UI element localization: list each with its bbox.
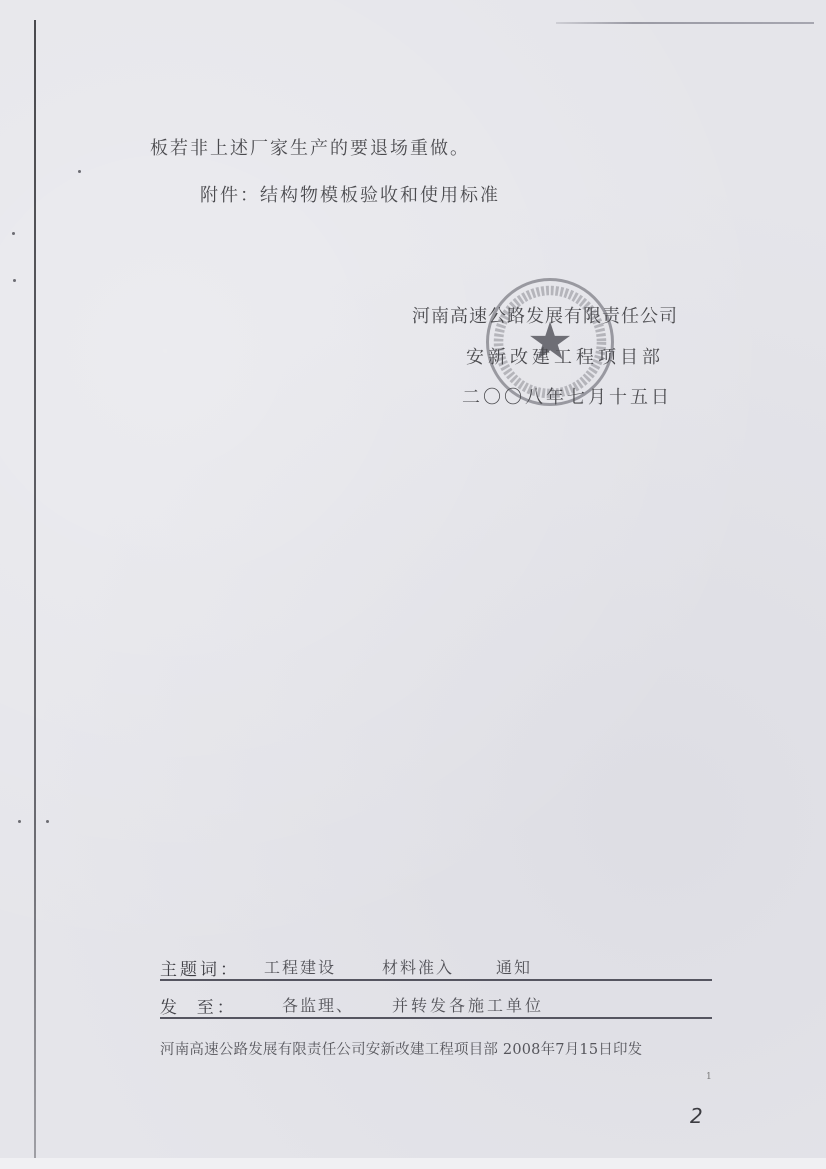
recipient: 并转发各施工单位 xyxy=(392,993,544,1016)
recipient: 各监理、 xyxy=(282,993,354,1016)
page-bottom-edge xyxy=(0,1158,826,1169)
scan-speck xyxy=(46,820,49,823)
scan-speck xyxy=(12,232,15,235)
attachment-line: 附件：结构物模板验收和使用标准 xyxy=(200,181,500,207)
binding-margin-line xyxy=(34,20,36,1165)
page-number: 2 xyxy=(690,1104,704,1128)
signature-department: 安新改建工程项目部 xyxy=(466,343,664,369)
body-text-line: 板若非上述厂家生产的要退场重做。 xyxy=(150,134,470,160)
sendto-rule xyxy=(160,1017,712,1019)
scan-speck xyxy=(78,170,81,173)
scan-speck xyxy=(13,279,16,282)
signature-date: 二〇〇八年七月十五日 xyxy=(462,383,672,409)
keywords-label: 主题词： xyxy=(160,955,240,980)
print-issue-line: 河南高速公路发展有限责任公司安新改建工程项目部 2008年7月15日印发 xyxy=(160,1038,642,1059)
keywords-row: 主题词： 工程建设 材料准入 通知 xyxy=(160,955,712,977)
sendto-row: 发 至： 各监理、 并转发各施工单位 xyxy=(160,993,712,1015)
scan-speck xyxy=(18,820,21,823)
top-edge-line xyxy=(556,22,814,24)
keywords-rule xyxy=(160,979,712,981)
keyword: 通知 xyxy=(496,955,532,978)
keyword: 工程建设 xyxy=(264,955,336,978)
sendto-label: 发 至： xyxy=(160,993,237,1018)
signature-company: 河南高速公路发展有限责任公司 xyxy=(412,302,678,328)
scanned-page: 板若非上述厂家生产的要退场重做。 附件：结构物模板验收和使用标准 ★ 河南高速公… xyxy=(0,0,826,1169)
keyword: 材料准入 xyxy=(382,955,454,978)
small-mark: 1 xyxy=(706,1072,713,1082)
